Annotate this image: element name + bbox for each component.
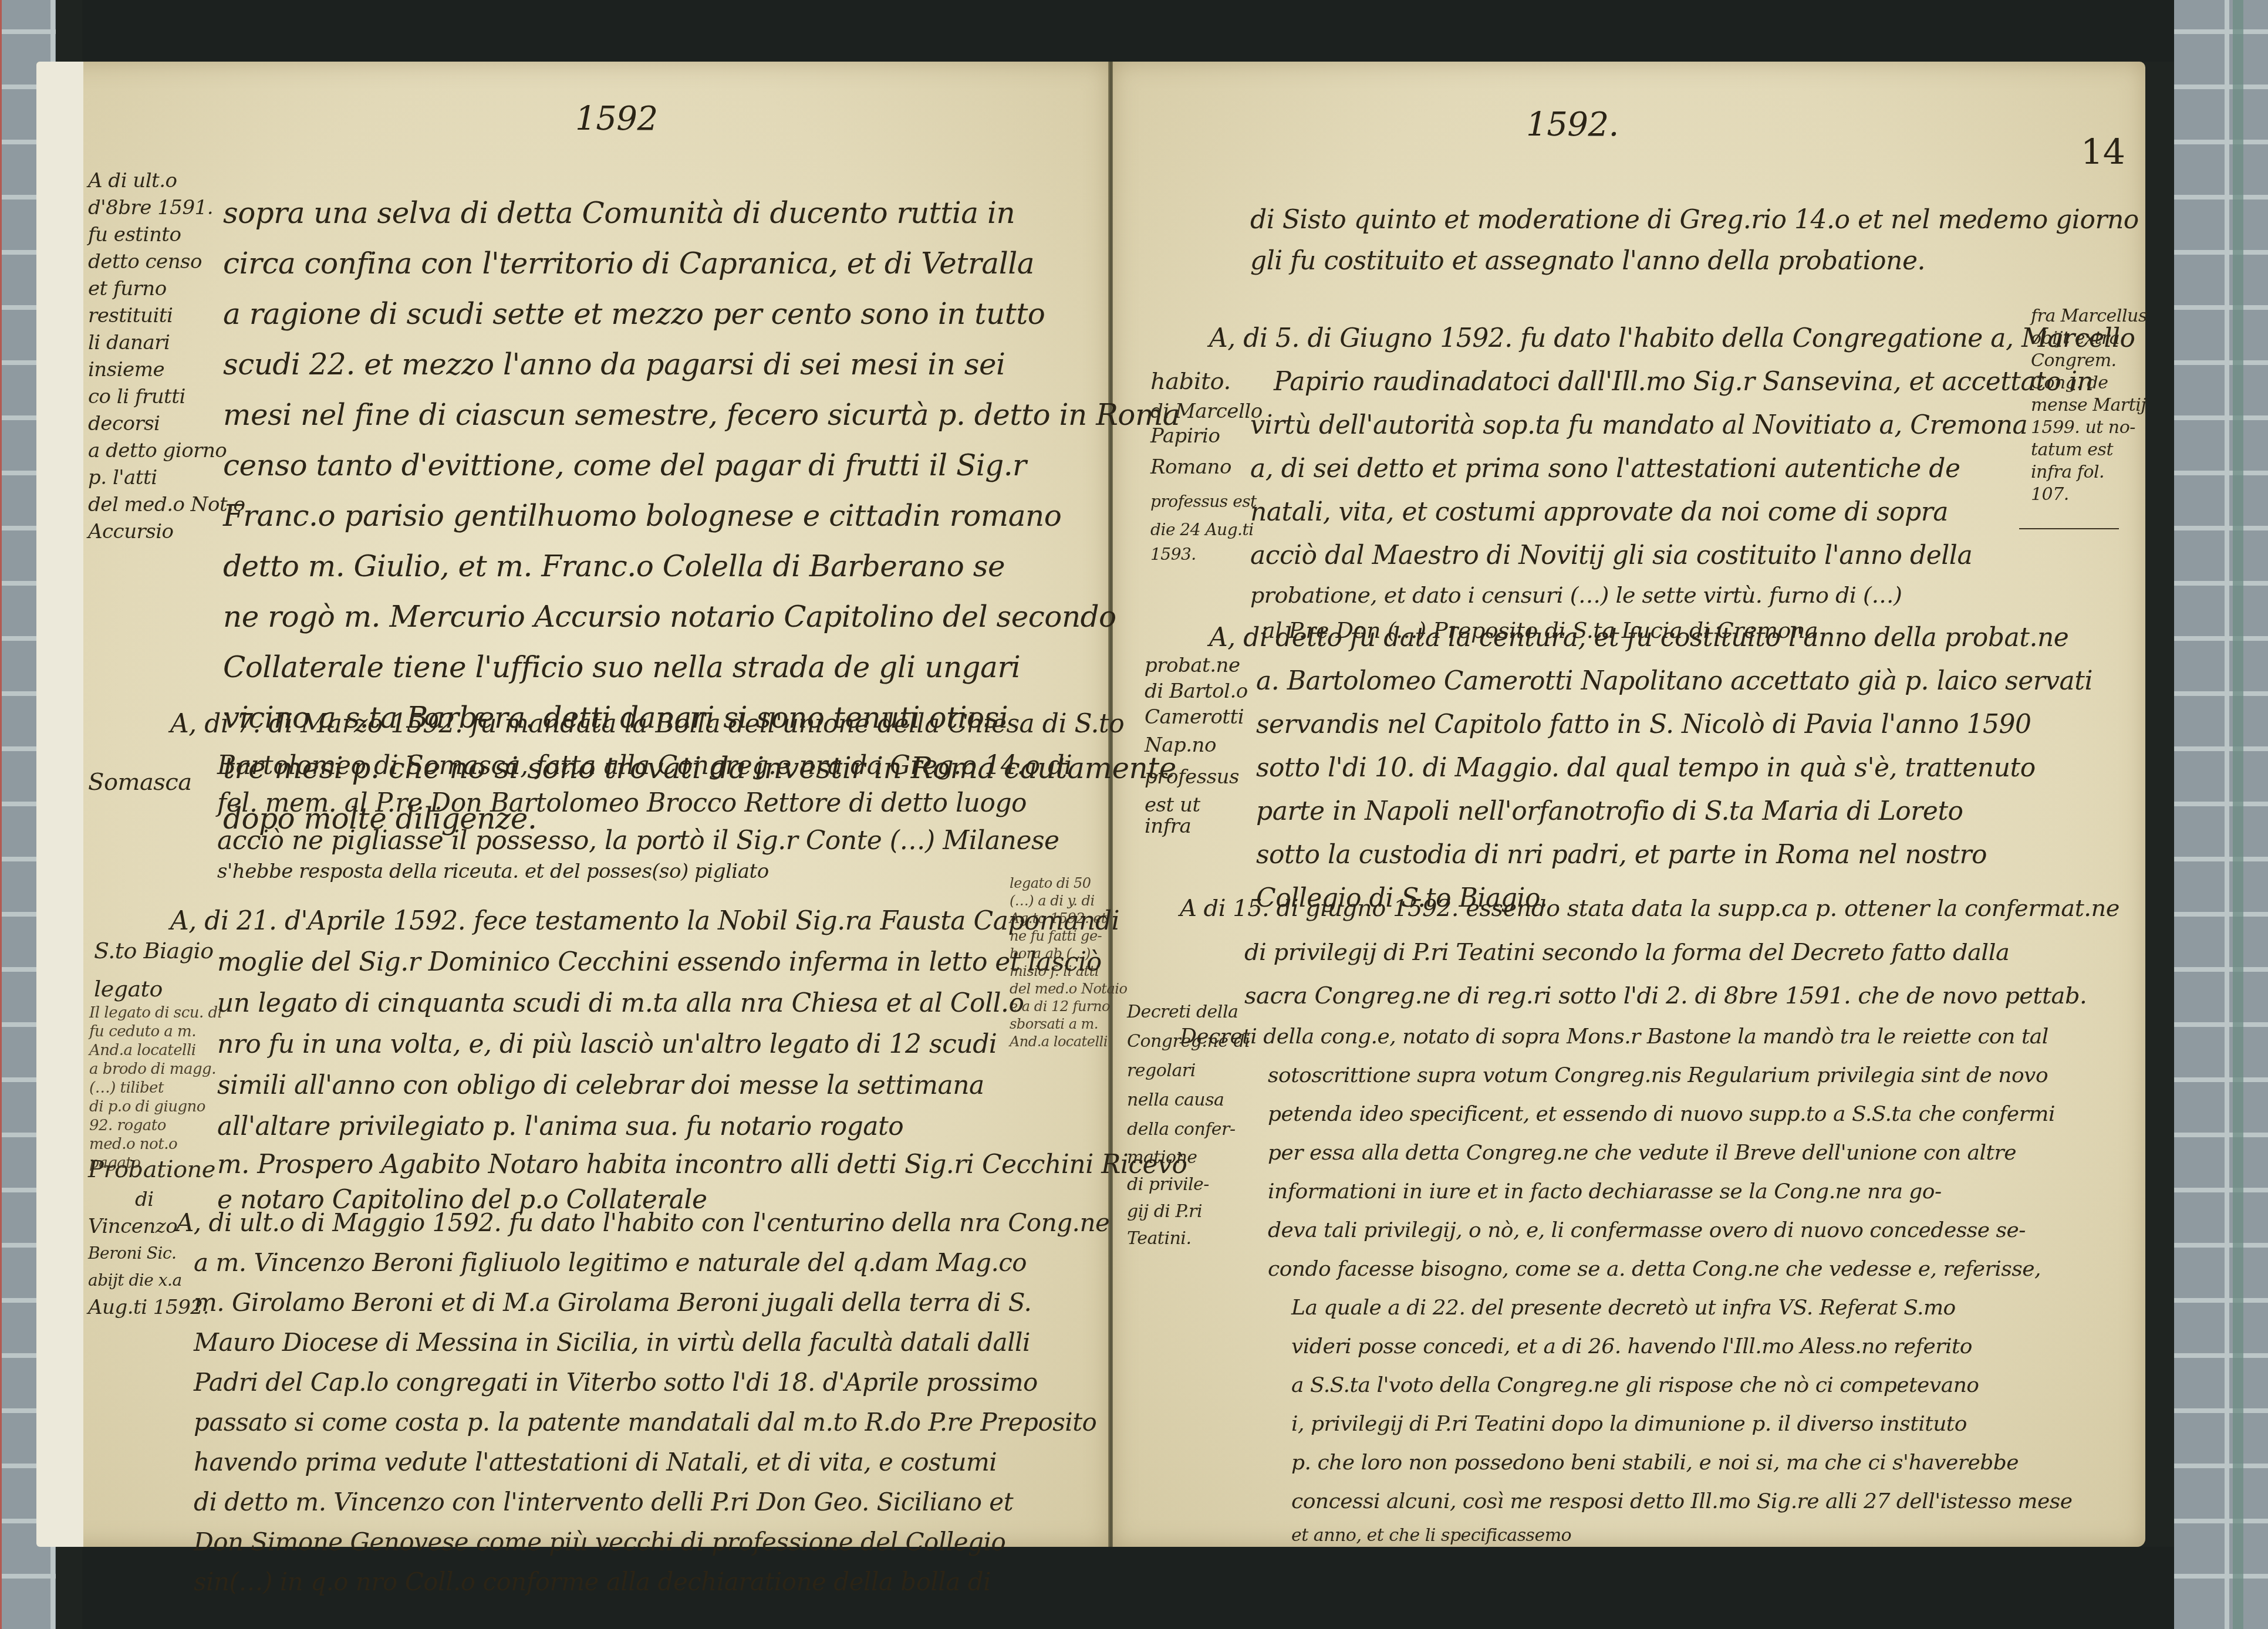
manuscript-line: detto censo	[88, 248, 245, 275]
manuscript-line: a S.S.ta l'voto della Congreg.ne gli ris…	[1180, 1366, 2119, 1405]
folio-number: 14	[2081, 132, 2125, 173]
manuscript-line: mense Martij	[2031, 394, 2147, 417]
manuscript-line: insieme	[88, 356, 245, 383]
manuscript-line: decorsi	[88, 410, 245, 437]
color-calibration-strip	[0, 0, 2, 1629]
manuscript-line: Bartolomeo di Somasca, fatta alla Congre…	[170, 747, 1124, 785]
manuscript-line: A, di 5. di Giugno 1592. fu dato l'habit…	[1209, 317, 2135, 360]
margin-note-censo: A di ult.o d'8bre 1591. fu estinto detto…	[88, 167, 245, 545]
manuscript-line: tatum est	[2031, 439, 2147, 461]
manuscript-line: gli fu costituito et assegnato l'anno de…	[1250, 241, 2139, 282]
manuscript-line: p. che loro non possedono beni stabili, …	[1180, 1444, 2119, 1482]
grid-mat-right	[2174, 0, 2268, 1629]
manuscript-line: havendo prima vedute l'attestationi di N…	[147, 1442, 1109, 1482]
margin-rule	[2019, 528, 2119, 529]
manuscript-line: sotto l'di 10. di Maggio. dal qual tempo…	[1209, 746, 2092, 790]
right-page-entry-bartolomeo: A, di detto fu data la centura, et fu co…	[1209, 616, 2092, 920]
manuscript-line: infra fol.	[2031, 461, 2147, 484]
manuscript-line: fra Marcellus	[2031, 305, 2147, 327]
manuscript-line: Don Simone Genovese come più vecchi di p…	[147, 1522, 1109, 1562]
manuscript-line: 107.	[2031, 484, 2147, 506]
manuscript-line: del med.o Not.o	[88, 491, 245, 518]
manuscript-line: m. Prospero Agabito Notaro habita incont…	[170, 1147, 1187, 1182]
left-page-entry-testamento: A, di 21. d'Aprile 1592. fece testamento…	[170, 901, 1187, 1218]
manuscript-line: A di 15. di giugno 1592. essendo stata d…	[1180, 886, 2119, 931]
manuscript-line: A, di ult.o di Maggio 1592. fu dato l'ha…	[147, 1203, 1109, 1243]
manuscript-line: et anno, et che li specificassemo	[1180, 1521, 2119, 1550]
manuscript-line: p. l'atti	[88, 464, 245, 491]
manuscript-line: probatione, et dato i censuri (…) le set…	[1209, 577, 2135, 613]
manuscript-line: sopra una selva di detta Comunità di duc…	[223, 188, 1180, 238]
manuscript-line: virtù dell'autorità sop.ta fu mandato al…	[1209, 404, 2135, 447]
manuscript-line: per essa alla detta Congreg.ne che vedut…	[1180, 1134, 2119, 1172]
manuscript-line: circa confina con l'territorio di Capran…	[223, 238, 1180, 289]
manuscript-line: A, di 7. di Marzo 1592. fu mandata la Bo…	[170, 701, 1124, 747]
manuscript-line: sin(…) in q.o nro Coll.o conforme alla d…	[147, 1562, 1109, 1602]
margin-note-fra-marcellus: fra Marcellus obijt extra Congrem. Cong.…	[2031, 305, 2147, 506]
manuscript-line: obijt extra	[2031, 327, 2147, 350]
manuscript-line: Congrem.	[2031, 350, 2147, 372]
left-year-header: 1592	[575, 100, 658, 138]
manuscript-line: scudi 22. et mezzo l'anno da pagarsi di …	[223, 339, 1180, 390]
manuscript-line: a, di sei detto et prima sono l'attestat…	[1209, 447, 2135, 491]
manuscript-line: Collaterale tiene l'ufficio suo nella st…	[223, 642, 1180, 692]
manuscript-line: simili all'anno con obligo di celebrar d…	[170, 1065, 1187, 1106]
manuscript-line: all'altare privilegiato p. l'anima sua. …	[170, 1106, 1187, 1147]
manuscript-line: sotoscrittione supra votum Congreg.nis R…	[1180, 1056, 2119, 1095]
manuscript-line: A, di 21. d'Aprile 1592. fece testamento…	[170, 901, 1187, 942]
manuscript-line: informationi in iure et in facto dechiar…	[1180, 1172, 2119, 1211]
page-edge-left	[36, 62, 83, 1547]
manuscript-line: Decreti della cong.e, notato di sopra Mo…	[1180, 1018, 2119, 1056]
manuscript-line: Accursio	[88, 518, 245, 545]
manuscript-line: petenda ideo specificent, et essendo di …	[1180, 1095, 2119, 1134]
manuscript-line: condo facesse bisogno, come se a. detta …	[1180, 1250, 2119, 1289]
manuscript-line: servandis nel Capitolo fatto in S. Nicol…	[1209, 703, 2092, 746]
manuscript-line: di detto m. Vincenzo con l'intervento de…	[147, 1482, 1109, 1522]
manuscript-line: detto m. Giulio, et m. Franc.o Colella d…	[223, 541, 1180, 592]
manuscript-line: 1599. ut no-	[2031, 417, 2147, 439]
manuscript-line: Mauro Diocese di Messina in Sicilia, in …	[147, 1323, 1109, 1363]
manuscript-line: restituiti	[88, 302, 245, 329]
manuscript-line: Padri del Cap.lo congregati in Viterbo s…	[147, 1363, 1109, 1402]
manuscript-line: d'8bre 1591.	[88, 194, 245, 221]
manuscript-line: Cong. de	[2031, 372, 2147, 394]
manuscript-line: a m. Vincenzo Beroni figliuolo legitimo …	[147, 1243, 1109, 1283]
right-page-entry-marcello: A, di 5. di Giugno 1592. fu dato l'habit…	[1209, 317, 2135, 648]
manuscript-line: ne rogò m. Mercurio Accursio notario Cap…	[223, 592, 1180, 642]
manuscript-line: li danari	[88, 329, 245, 356]
manuscript-line: parte in Napoli nell'orfanotrofio di S.t…	[1209, 790, 2092, 833]
left-page-entry-somasca: A, di 7. di Marzo 1592. fu mandata la Bo…	[170, 701, 1124, 883]
manuscript-line: moglie del Sig.r Dominico Cecchini essen…	[170, 942, 1187, 983]
manuscript-line: deva tali privilegij, o nò, e, li confer…	[1180, 1211, 2119, 1250]
manuscript-line: a ragione di scudi sette et mezzo per ce…	[223, 289, 1180, 339]
manuscript-line: a detto giorno	[88, 437, 245, 464]
manuscript-line: a. Bartolomeo Camerotti Napolitano accet…	[1209, 660, 2092, 703]
manuscript-line: censo tanto d'evittione, come del pagar …	[223, 440, 1180, 491]
manuscript-line: m. Girolamo Beroni et di M.a Girolama Be…	[147, 1283, 1109, 1323]
manuscript-line: nro fu in una volta, e, di più lasciò un…	[170, 1024, 1187, 1065]
manuscript-line: acciò dal Maestro di Novitij gli sia cos…	[1209, 534, 2135, 577]
manuscript-line: A, di detto fu data la centura, et fu co…	[1209, 616, 2092, 660]
manuscript-line: natali, vita, et costumi approvate da no…	[1209, 491, 2135, 534]
left-page-entry-probatione: A, di ult.o di Maggio 1592. fu dato l'ha…	[147, 1203, 1109, 1602]
manuscript-line: di privilegij di P.ri Teatini secondo la…	[1180, 931, 2119, 974]
manuscript-line: concessi alcuni, così me resposi detto I…	[1180, 1482, 2119, 1521]
manuscript-line: sacra Congreg.ne di reg.ri sotto l'di 2.…	[1180, 974, 2119, 1018]
manuscript-line: acciò ne pigliasse il possesso, la portò…	[170, 822, 1124, 860]
manuscript-line: s'hebbe resposta della riceuta. et del p…	[170, 860, 1124, 883]
right-year-header: 1592.	[1526, 106, 1619, 144]
manuscript-line: fel. mem. al P.re Don Bartolomeo Brocco …	[170, 785, 1124, 822]
manuscript-line: co li frutti	[88, 383, 245, 410]
manuscript-line: A di ult.o	[88, 167, 245, 194]
manuscript-line: Papirio raudinadatoci dall'Ill.mo Sig.r …	[1209, 360, 2135, 404]
manuscript-line: di Sisto quinto et moderatione di Greg.r…	[1250, 200, 2139, 241]
glass-rod	[2233, 0, 2243, 1629]
manuscript-line: mesi nel fine di ciascun semestre, fecer…	[223, 390, 1180, 440]
manuscript-line: fu estinto	[88, 221, 245, 248]
manuscript-line: un legato di cinquanta scudi di m.ta all…	[170, 983, 1187, 1024]
right-page-entry-privilegi: A di 15. di giugno 1592. essendo stata d…	[1180, 886, 2119, 1550]
manuscript-line: et furno	[88, 275, 245, 302]
manuscript-line: sotto la custodia di nri padri, et parte…	[1209, 833, 2092, 877]
felt-background-top	[82, 0, 2174, 62]
right-page-text-opening: di Sisto quinto et moderatione di Greg.r…	[1250, 200, 2139, 282]
manuscript-line: Franc.o parisio gentilhuomo bolognese e …	[223, 491, 1180, 541]
manuscript-line: passato si come costa p. la patente mand…	[147, 1402, 1109, 1442]
manuscript-line: La quale a di 22. del presente decretò u…	[1180, 1289, 2119, 1327]
manuscript-line: i, privilegij di P.ri Teatini dopo la di…	[1180, 1405, 2119, 1444]
manuscript-line: videri posse concedi, et a di 26. havend…	[1180, 1327, 2119, 1366]
